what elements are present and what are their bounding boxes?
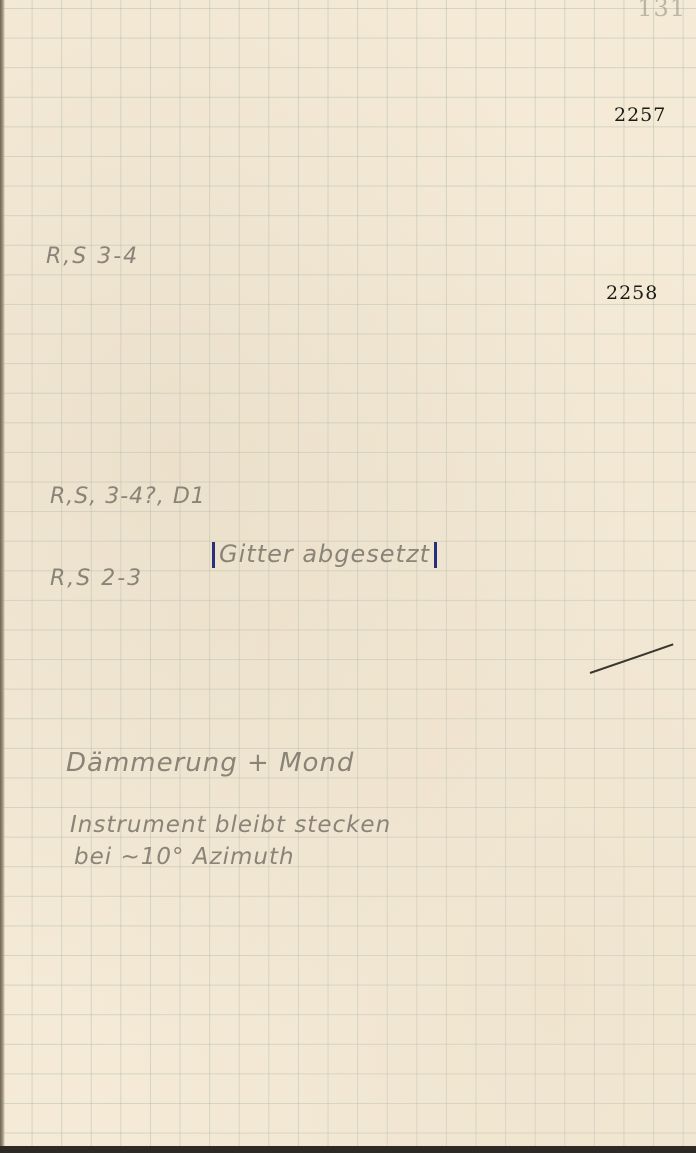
binding-edge [0, 0, 5, 1153]
entry-number-2258: 2258 [606, 282, 658, 304]
bracket-note: Gitter abgesetzt [208, 540, 441, 568]
page-bottom-edge [0, 1146, 696, 1153]
faint-page-number: 131 [637, 0, 686, 22]
note-rs-2-3: R,S 2-3 [50, 566, 143, 591]
entry-number-2257: 2257 [614, 104, 666, 126]
blue-bracket-right [434, 542, 437, 568]
blue-bracket-left [212, 542, 215, 568]
note-daemmerung-mond: Dämmerung + Mond [66, 748, 354, 778]
note-rs-3-4: R,S 3-4 [46, 244, 139, 269]
note-rs-3-4-d1: R,S, 3-4?, D1 [50, 484, 206, 509]
gitter-abgesetzt-text: Gitter abgesetzt [219, 540, 430, 568]
note-instrument-line2: bei ~10° Azimuth [74, 844, 295, 870]
note-instrument-line1: Instrument bleibt stecken [70, 812, 391, 838]
